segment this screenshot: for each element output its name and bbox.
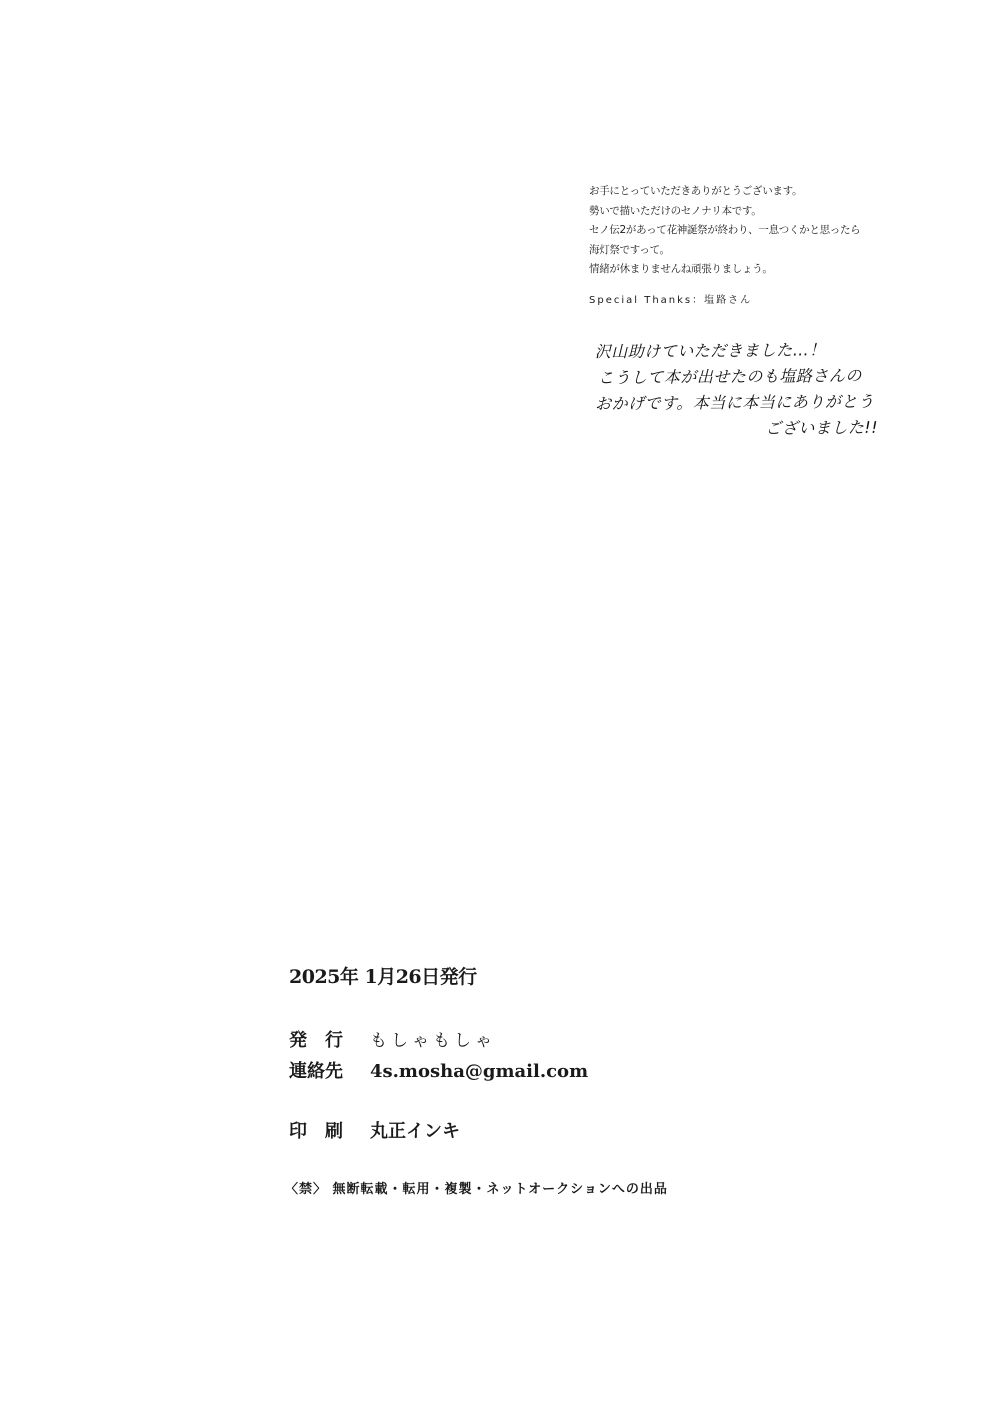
- publication-date: 2025年 1月26日発行: [289, 962, 477, 989]
- handwritten-line: おかげです。本当に本当にありがとう: [595, 389, 885, 418]
- publisher-label: 発行: [289, 1026, 370, 1052]
- contact-row: 連絡先 4s.mosha@gmail.com: [289, 1057, 588, 1083]
- contact-label: 連絡先: [289, 1057, 370, 1083]
- publisher-value: もしゃもしゃ: [370, 1026, 496, 1051]
- publisher-row: 発行 もしゃもしゃ: [289, 1026, 496, 1052]
- afterword-line: 情緒が休まりませんね頑張りましょう。: [589, 260, 899, 280]
- afterword-text: お手にとっていただきありがとうございます。 勢いで描いただけのセノナリ本です。 …: [589, 182, 899, 280]
- handwritten-line: こうして本が出せたのも塩路さんの: [595, 363, 885, 392]
- afterword-line: セノ伝2があって花神誕祭が終わり、一息つくかと思ったら: [589, 221, 899, 241]
- special-thanks-name: 塩路さん: [704, 295, 752, 306]
- prohibition-notice: 〈禁〉 無断転載・転用・複製・ネットオークションへの出品: [285, 1178, 668, 1197]
- printer-row: 印刷 丸正インキ: [289, 1117, 460, 1143]
- handwritten-note: 沢山助けていただきました…！ こうして本が出せたのも塩路さんの おかげです。本当…: [595, 337, 886, 444]
- handwritten-line: ございました!!: [595, 415, 885, 444]
- handwritten-line: 沢山助けていただきました…！: [595, 337, 885, 366]
- printer-label: 印刷: [289, 1117, 370, 1143]
- printer-value: 丸正インキ: [370, 1117, 460, 1143]
- special-thanks: Special Thanks：塩路さん: [589, 291, 752, 306]
- contact-email: 4s.mosha@gmail.com: [370, 1061, 588, 1082]
- afterword-line: 勢いで描いただけのセノナリ本です。: [589, 202, 899, 222]
- special-thanks-label: Special Thanks：: [589, 295, 704, 306]
- afterword-line: 海灯祭ですって。: [589, 241, 899, 261]
- afterword-line: お手にとっていただきありがとうございます。: [589, 182, 899, 202]
- colophon: 2025年 1月26日発行 発行 もしゃもしゃ 連絡先 4s.mosha@gma…: [289, 962, 477, 989]
